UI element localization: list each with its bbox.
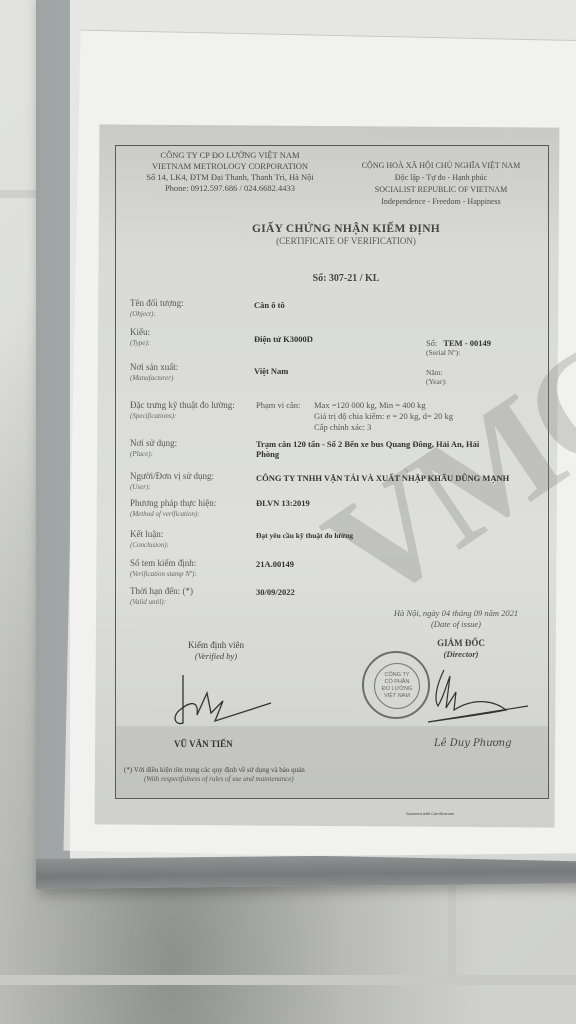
seal-text: VIỆT NAM bbox=[384, 693, 410, 700]
director-block: GIÁM ĐỐC (Director) bbox=[406, 638, 516, 660]
country-name-en: SOCIALIST REPUBLIC OF VIETNAM bbox=[341, 184, 541, 196]
company-name-en: VIETNAM METROLOGY CORPORATION bbox=[130, 161, 330, 172]
field-label-en: (Valid until): bbox=[130, 597, 193, 607]
range-label: Phạm vi cân: bbox=[256, 400, 314, 411]
serial-label: Số: bbox=[426, 338, 437, 348]
field-value-stamp-number: 21A.00149 bbox=[256, 559, 294, 569]
footnote-en: (With respectfulness of rules of use and… bbox=[124, 775, 305, 784]
issue-date: Hà Nội, ngày 04 tháng 09 năm 2021 (Date … bbox=[366, 608, 546, 630]
field-label: Người/Đơn vị sử dụng: bbox=[130, 471, 214, 481]
scanned-mark: Scanned with CamScanner bbox=[406, 811, 454, 816]
certificate-document: VMC CÔNG TY CP ĐO LƯỜNG VIỆT NAM VIETNAM… bbox=[115, 145, 549, 799]
field-conclusion: Kết luận: (Conclusion): bbox=[130, 529, 169, 550]
accuracy-class: Cấp chính xác: 3 bbox=[256, 422, 453, 433]
field-label: Kiểu: bbox=[130, 327, 150, 337]
field-value-valid-until: 30/09/2022 bbox=[256, 587, 295, 597]
year: Năm: (Year): bbox=[426, 368, 447, 386]
seal-text: CÔNG TY bbox=[385, 672, 410, 679]
field-valid-until: Thời hạn đến: (*) (Valid until): bbox=[130, 586, 193, 607]
serial-number: Số:TEM - 00149 (Serial Nº): bbox=[426, 338, 491, 358]
field-label-en: (Manufacturer) bbox=[130, 373, 178, 383]
field-value-object: Cân ô tô bbox=[254, 300, 285, 310]
field-label-en: (Conclusion): bbox=[130, 540, 169, 550]
field-value-user: CÔNG TY TNHH VẬN TẢI VÀ XUẤT NHẬP KHẨU D… bbox=[256, 473, 511, 483]
shaded-band bbox=[116, 726, 548, 798]
field-label: Thời hạn đến: (*) bbox=[130, 586, 193, 596]
serial-value: TEM - 00149 bbox=[443, 338, 491, 348]
field-object: Tên đối tượng: (Object): bbox=[130, 298, 184, 319]
field-type: Kiểu: (Type): bbox=[130, 327, 150, 348]
field-value-place: Trạm cân 120 tấn - Số 2 Bến xe bus Quang… bbox=[256, 439, 486, 459]
field-label: Nơi sản xuất: bbox=[130, 362, 178, 372]
field-label-en: (User): bbox=[130, 482, 214, 492]
document-title: GIẤY CHỨNG NHẬN KIỂM ĐỊNH bbox=[196, 223, 496, 235]
certificate-number: Số: 307-21 / KL bbox=[196, 273, 496, 284]
field-place: Nơi sử dụng: (Place): bbox=[130, 438, 177, 459]
field-label-en: (Specifications): bbox=[130, 411, 235, 421]
field-value-manufacturer: Việt Nam bbox=[254, 366, 288, 376]
division-value: Giá trị độ chia kiểm: e = 20 kg, d= 20 k… bbox=[256, 411, 453, 422]
range-value: Max =120 000 kg, Min = 400 kg bbox=[314, 400, 426, 411]
footnote: (*) Với điều kiện tôn trọng các quy định… bbox=[124, 766, 305, 784]
field-method: Phương pháp thực hiện: (Method of verifi… bbox=[130, 498, 216, 519]
director-signature-icon bbox=[416, 666, 531, 726]
field-label: Nơi sử dụng: bbox=[130, 438, 177, 448]
field-label: Tên đối tượng: bbox=[130, 298, 184, 308]
field-label-en: (Type): bbox=[130, 338, 150, 348]
footnote-vn: (*) Với điều kiện tôn trọng các quy định… bbox=[124, 766, 305, 774]
seal-text: CỔ PHẦN bbox=[384, 679, 409, 686]
issue-date-vn: Hà Nội, ngày 04 tháng 09 năm 2021 bbox=[366, 608, 546, 619]
company-address: Số 14, LK4, ĐTM Đại Thanh, Thanh Trì, Hà… bbox=[130, 172, 330, 183]
field-label: Số tem kiểm định: bbox=[130, 558, 196, 568]
seal-text: ĐO LƯỜNG bbox=[382, 686, 413, 693]
field-value-conclusion: Đạt yêu cầu kỹ thuật đo lường bbox=[256, 531, 353, 541]
motto-en: Independence - Freedom - Happiness bbox=[341, 196, 541, 208]
document-subtitle: (CERTIFICATE OF VERIFICATION) bbox=[196, 236, 496, 246]
field-stamp-number: Số tem kiểm định: (Verification stamp Nº… bbox=[130, 558, 197, 579]
field-label-en: (Method of verification): bbox=[130, 509, 216, 519]
field-label: Kết luận: bbox=[130, 529, 163, 539]
director-title-en: (Director) bbox=[444, 649, 479, 659]
field-label: Đặc trưng kỹ thuật đo lường: bbox=[130, 400, 235, 410]
seal-inner: CÔNG TY CỔ PHẦN ĐO LƯỜNG VIỆT NAM bbox=[374, 663, 420, 709]
field-label-en: (Verification stamp Nº): bbox=[130, 569, 197, 579]
director-title: GIÁM ĐỐC bbox=[406, 638, 516, 649]
motto-vn: Độc lập - Tự do - Hạnh phúc bbox=[341, 172, 541, 184]
director-name: Lê Duy Phương bbox=[434, 738, 512, 749]
field-label-en: (Object): bbox=[130, 309, 184, 319]
year-label: Năm: bbox=[426, 368, 447, 377]
national-header: CỘNG HOÀ XÃ HỘI CHỦ NGHĨA VIỆT NAM Độc l… bbox=[341, 160, 541, 208]
verifier-signature-icon bbox=[171, 671, 281, 731]
verifier-title-en: (Verified by) bbox=[195, 651, 237, 661]
serial-label-en: (Serial Nº): bbox=[426, 348, 491, 358]
issue-date-en: (Date of issue) bbox=[366, 619, 546, 630]
verifier-title: Kiểm định viên bbox=[156, 640, 276, 651]
company-name-vn: CÔNG TY CP ĐO LƯỜNG VIỆT NAM bbox=[130, 150, 330, 161]
specifications-block: Phạm vi cân:Max =120 000 kg, Min = 400 k… bbox=[256, 400, 453, 433]
verifier-block: Kiểm định viên (Verified by) bbox=[156, 640, 276, 662]
field-value-method: ĐLVN 13:2019 bbox=[256, 498, 310, 508]
field-user: Người/Đơn vị sử dụng: (User): bbox=[130, 471, 214, 492]
field-label: Phương pháp thực hiện: bbox=[130, 498, 216, 508]
issuer-header: CÔNG TY CP ĐO LƯỜNG VIỆT NAM VIETNAM MET… bbox=[130, 150, 330, 194]
year-label-en: (Year): bbox=[426, 377, 447, 386]
country-name-vn: CỘNG HOÀ XÃ HỘI CHỦ NGHĨA VIỆT NAM bbox=[341, 160, 541, 172]
field-manufacturer: Nơi sản xuất: (Manufacturer) bbox=[130, 362, 178, 383]
company-phone: Phone: 0912.597.686 / 024.6682.4433 bbox=[130, 183, 330, 194]
field-specifications: Đặc trưng kỹ thuật đo lường: (Specificat… bbox=[130, 400, 235, 421]
field-label-en: (Place): bbox=[130, 449, 177, 459]
verifier-name: VŨ VĂN TIẾN bbox=[174, 739, 233, 749]
field-value-type: Điện tử K3000D bbox=[254, 334, 313, 344]
